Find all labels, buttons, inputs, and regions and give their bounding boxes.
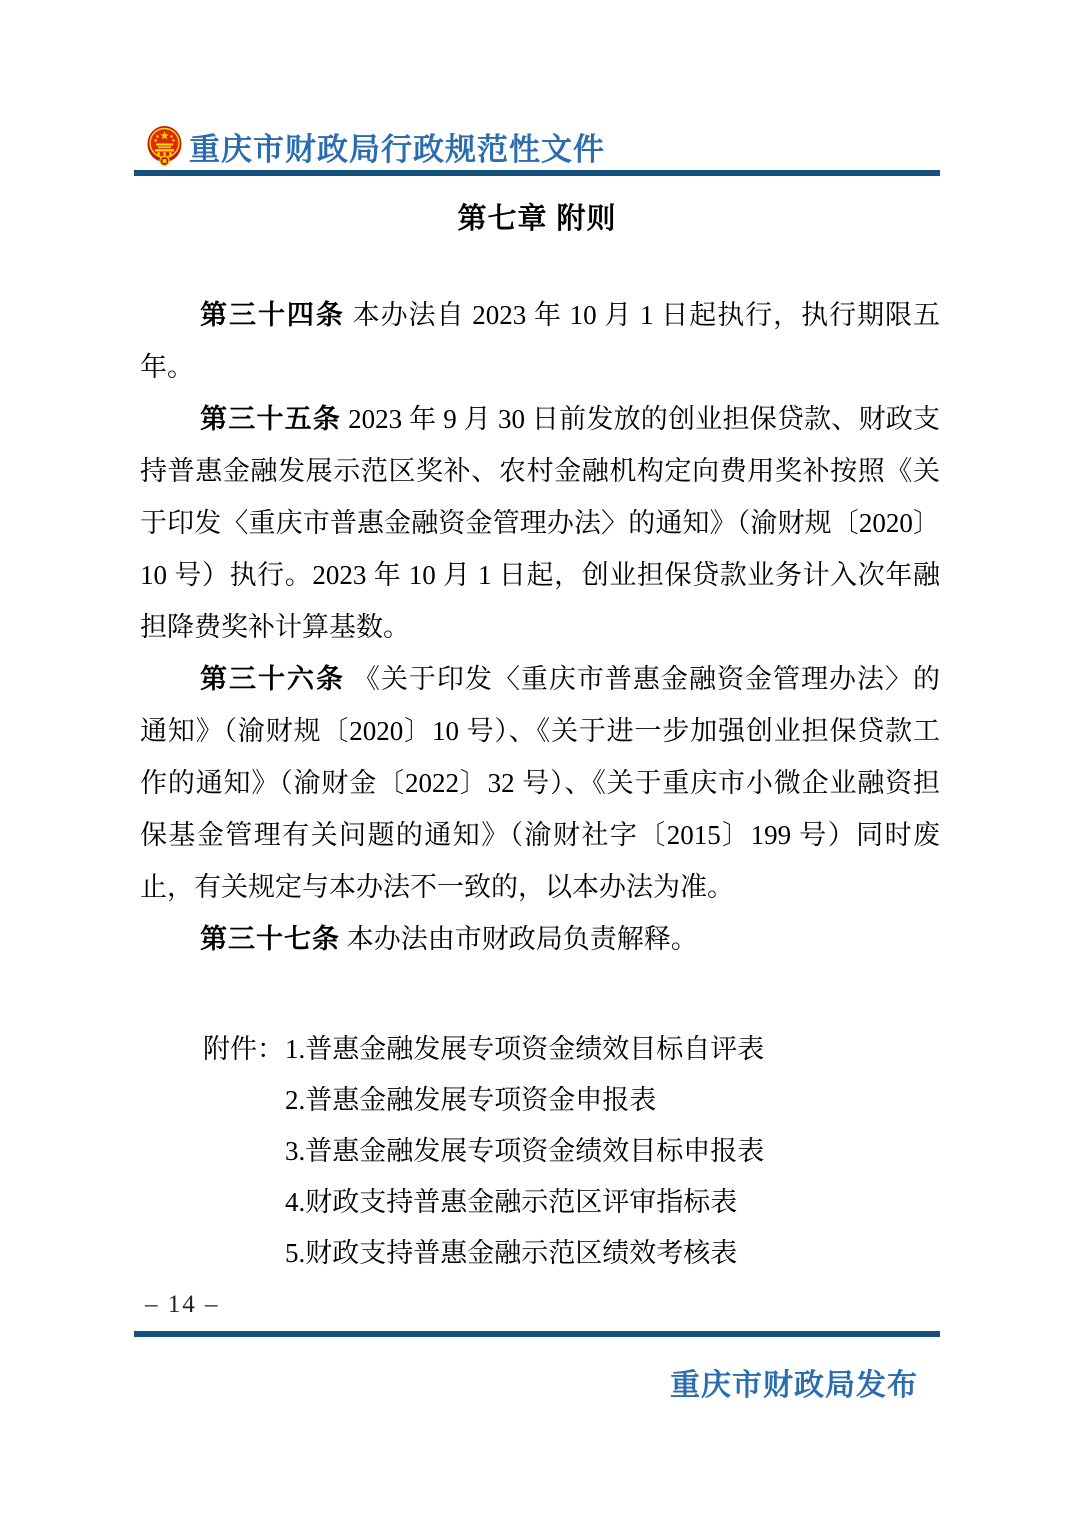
attachment-item-2: 2.普惠金融发展专项资金申报表	[203, 1075, 943, 1126]
article-36: 第三十六条 《关于印发〈重庆市普惠金融资金管理办法〉的通知》（渝财规〔2020〕…	[140, 653, 940, 913]
national-emblem-icon	[147, 125, 182, 167]
attachment-item-4: 4.财政支持普惠金融示范区评审指标表	[203, 1177, 943, 1228]
attachment-item-4-text: 4.财政支持普惠金融示范区评审指标表	[285, 1187, 737, 1217]
attachment-item-2-text: 2.普惠金融发展专项资金申报表	[285, 1085, 656, 1115]
page-number: – 14 –	[145, 1291, 220, 1319]
document-header: 重庆市财政局行政规范性文件	[147, 124, 605, 168]
publisher-line: 重庆市财政局发布	[670, 1360, 918, 1404]
document-page: 重庆市财政局行政规范性文件 第七章 附则 第三十四条 本办法自 2023 年 1…	[0, 0, 1074, 1520]
article-34-number: 第三十四条	[200, 300, 345, 330]
attachments-label: 附件：	[203, 1024, 285, 1075]
attachment-item-1-text: 1.普惠金融发展专项资金绩效目标自评表	[285, 1034, 764, 1064]
article-37: 第三十七条 本办法由市财政局负责解释。	[140, 913, 940, 965]
footer-rule	[134, 1331, 940, 1337]
article-35: 第三十五条 2023 年 9 月 30 日前发放的创业担保贷款、财政支持普惠金融…	[140, 393, 940, 653]
chapter-title: 第七章 附则	[134, 196, 940, 237]
attachment-item-5-text: 5.财政支持普惠金融示范区绩效考核表	[285, 1238, 737, 1268]
article-34: 第三十四条 本办法自 2023 年 10 月 1 日起执行，执行期限五年。	[140, 289, 940, 393]
article-37-number: 第三十七条	[200, 924, 340, 954]
header-rule	[134, 170, 940, 176]
attachment-item-3: 3.普惠金融发展专项资金绩效目标申报表	[203, 1126, 943, 1177]
attachment-item-3-text: 3.普惠金融发展专项资金绩效目标申报表	[285, 1136, 764, 1166]
article-37-text: 本办法由市财政局负责解释。	[347, 924, 698, 954]
article-35-number: 第三十五条	[200, 404, 341, 434]
article-36-number: 第三十六条	[200, 664, 345, 694]
article-36-text: 《关于印发〈重庆市普惠金融资金管理办法〉的通知》（渝财规〔2020〕10 号）、…	[140, 664, 940, 902]
article-35-text: 2023 年 9 月 30 日前发放的创业担保贷款、财政支持普惠金融发展示范区奖…	[140, 404, 940, 642]
document-header-title: 重庆市财政局行政规范性文件	[189, 124, 605, 169]
attachment-item-5: 5.财政支持普惠金融示范区绩效考核表	[203, 1228, 943, 1279]
attachments-list: 附件：1.普惠金融发展专项资金绩效目标自评表 2.普惠金融发展专项资金申报表 3…	[203, 1024, 943, 1279]
attachment-item-1: 附件：1.普惠金融发展专项资金绩效目标自评表	[203, 1024, 943, 1075]
article-body: 第三十四条 本办法自 2023 年 10 月 1 日起执行，执行期限五年。 第三…	[140, 289, 940, 965]
